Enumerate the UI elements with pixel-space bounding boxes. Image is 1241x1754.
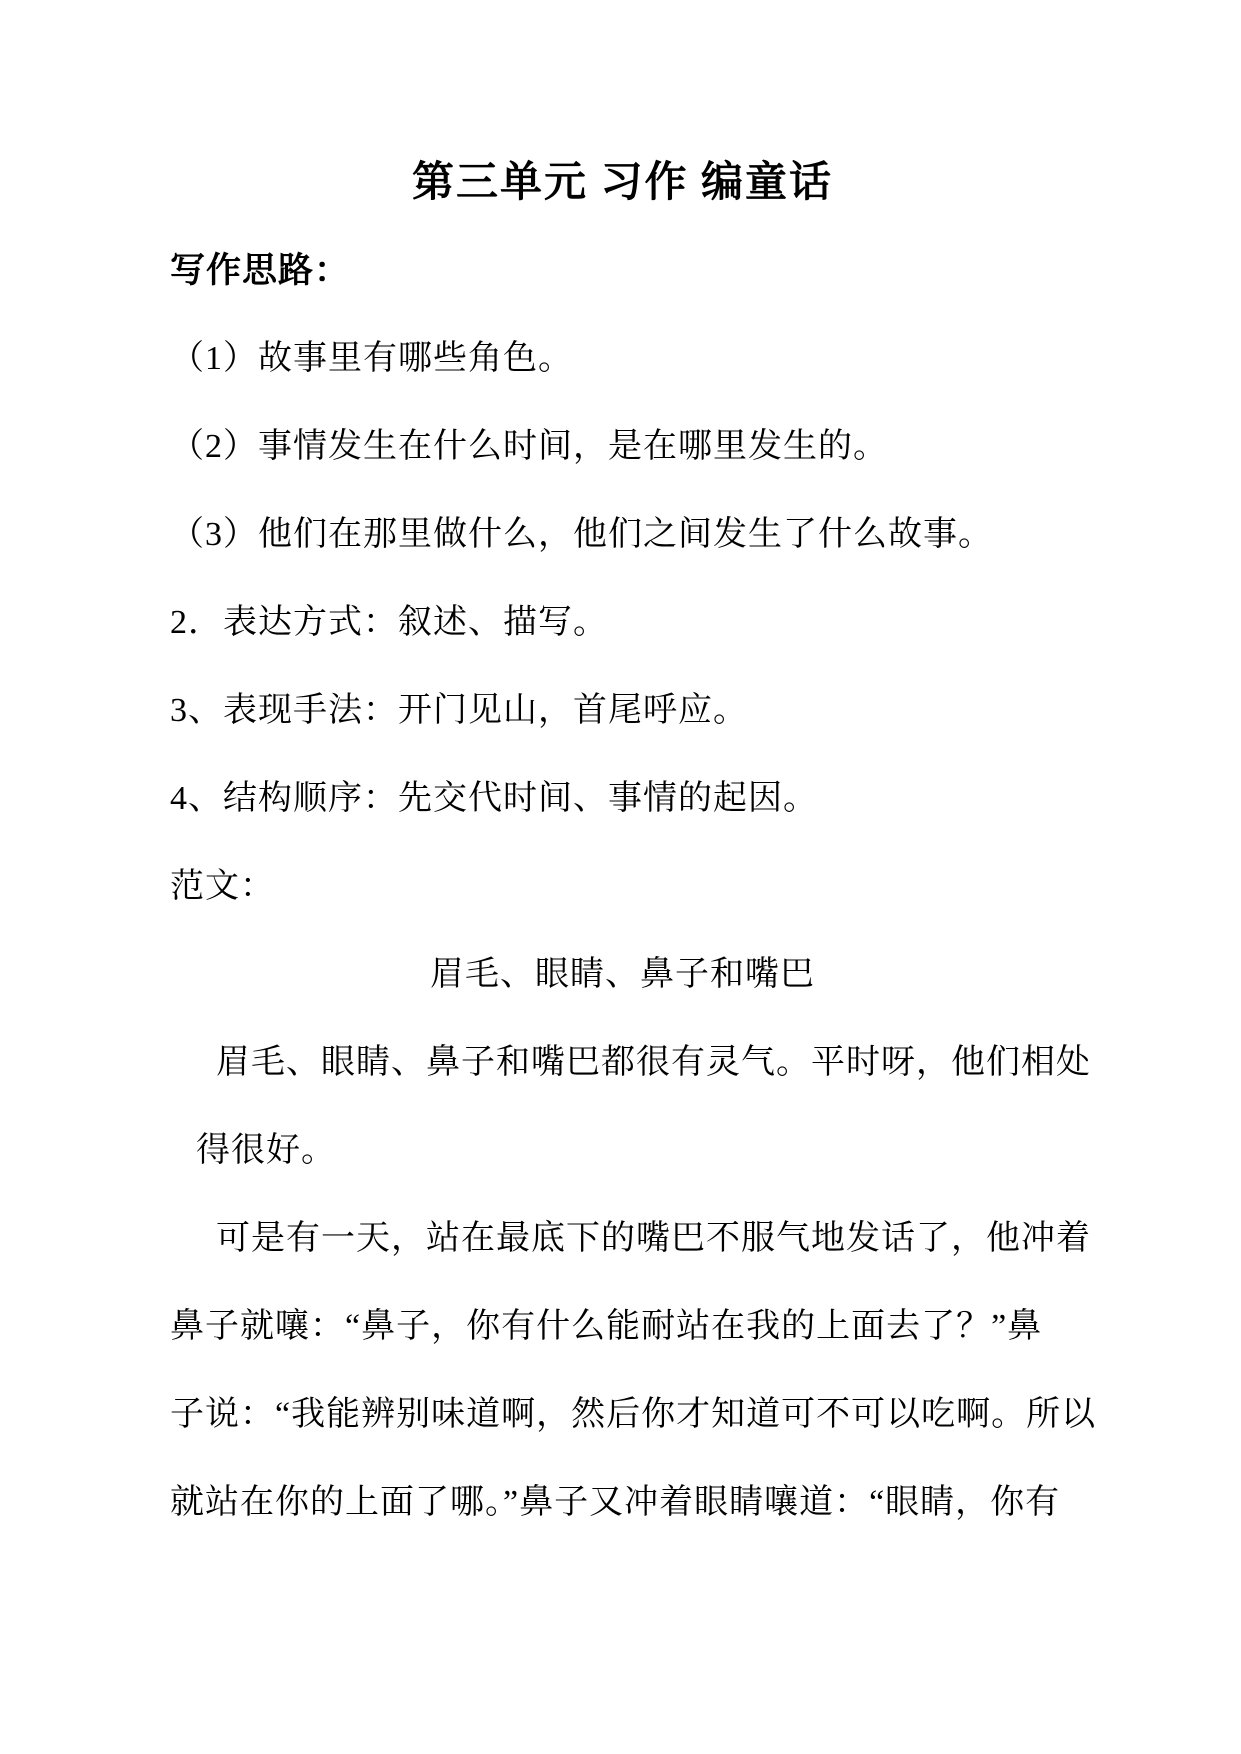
paragraph-1-line-2: 得很好。 [170,1107,1075,1195]
outline-item-expression: 2．表达方式：叙述、描写。 [170,579,1075,667]
paragraph-2-line-3: 子说：“我能辨别味道啊，然后你才知道可不可以吃啊。所以 [170,1371,1075,1459]
outline-item-3: （3）他们在那里做什么，他们之间发生了什么故事。 [170,491,1075,579]
outline-item-technique: 3、表现手法：开门见山，首尾呼应。 [170,667,1075,755]
outline-item-2: （2）事情发生在什么时间，是在哪里发生的。 [170,403,1075,491]
paragraph-2-line-1: 可是有一天，站在最底下的嘴巴不服气地发话了，他冲着 [170,1195,1075,1283]
outline-item-structure: 4、结构顺序：先交代时间、事情的起因。 [170,755,1075,843]
essay-paragraph-2: 可是有一天，站在最底下的嘴巴不服气地发话了，他冲着 鼻子就嚷：“鼻子，你有什么能… [170,1195,1075,1547]
paragraph-2-line-2: 鼻子就嚷：“鼻子，你有什么能耐站在我的上面去了？”鼻 [170,1283,1075,1371]
document-title: 第三单元 习作 编童话 [170,139,1075,227]
outline-item-1: （1）故事里有哪些角色。 [170,315,1075,403]
essay-title: 眉毛、眼睛、鼻子和嘴巴 [170,931,1075,1019]
paragraph-1-line-1: 眉毛、眼睛、鼻子和嘴巴都很有灵气。平时呀，他们相处 [170,1019,1075,1107]
section-heading-writing-ideas: 写作思路： [170,227,1075,315]
paragraph-2-line-4: 就站在你的上面了哪。”鼻子又冲着眼睛嚷道：“眼睛，你有 [170,1459,1075,1547]
sample-essay-label: 范文： [170,843,1075,931]
essay-paragraph-1: 眉毛、眼睛、鼻子和嘴巴都很有灵气。平时呀，他们相处 得很好。 [170,1019,1075,1195]
document-page: 第三单元 习作 编童话 写作思路： （1）故事里有哪些角色。 （2）事情发生在什… [0,0,1241,1754]
